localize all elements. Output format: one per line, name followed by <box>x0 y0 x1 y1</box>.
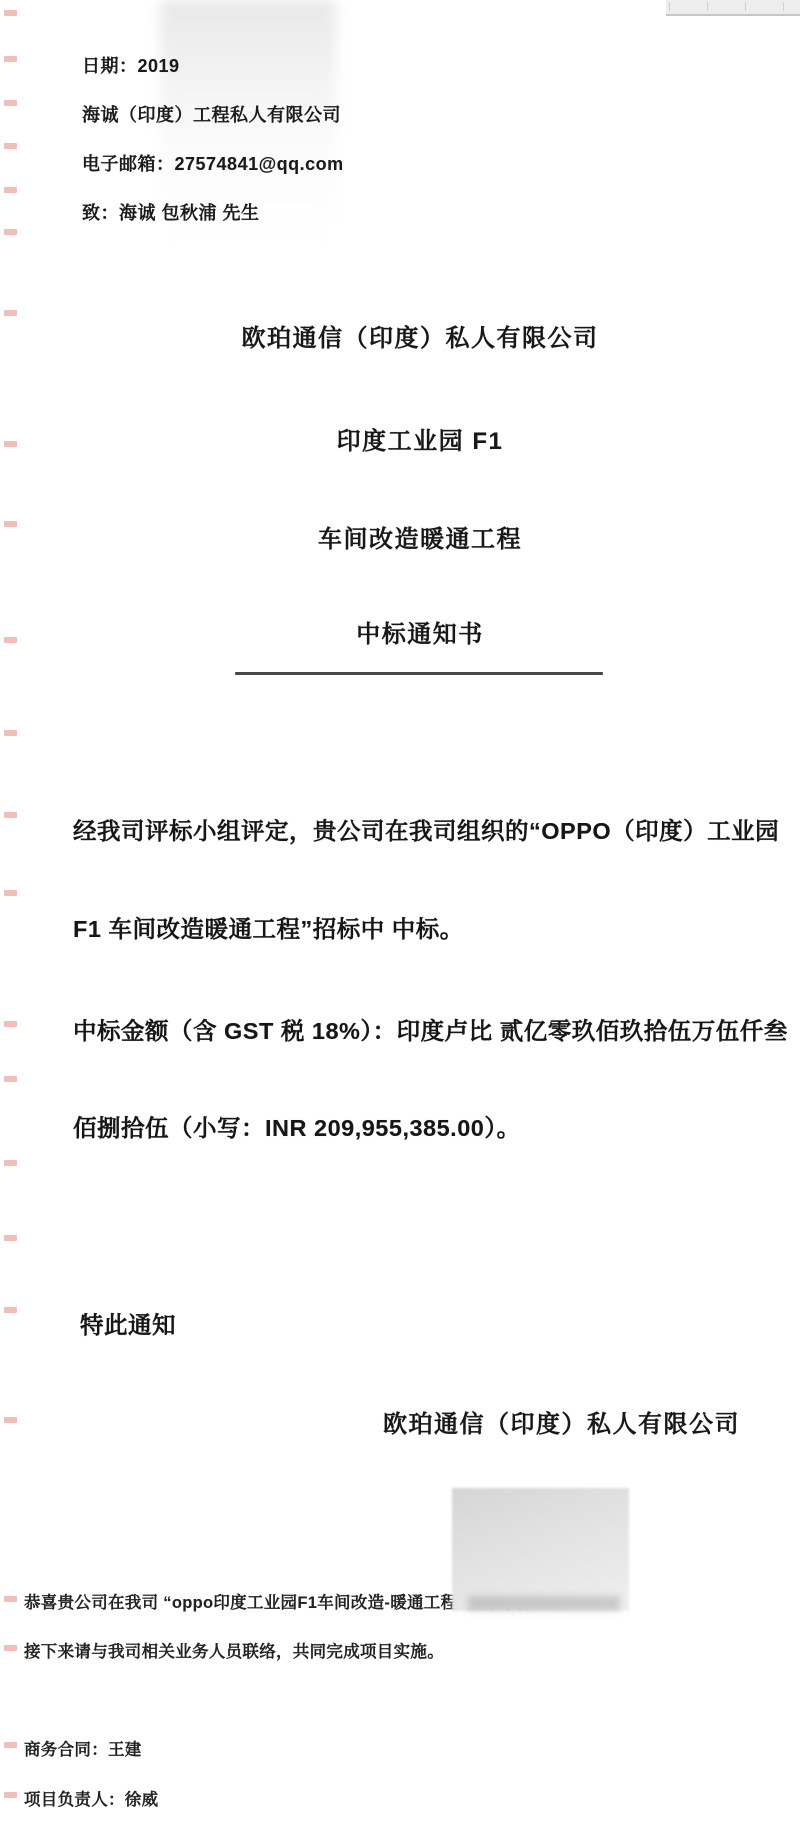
red-mark-artifact <box>4 10 17 16</box>
red-mark-artifact <box>4 1160 17 1166</box>
red-mark-artifact <box>4 812 17 818</box>
blurred-text-smudge <box>468 1596 620 1611</box>
blurred-stamp-box <box>452 1488 629 1611</box>
scanned-letter-page: 日期：2019 海诚（印度）工程私人有限公司 电子邮箱：27574841@qq.… <box>0 0 800 1822</box>
table-edge-tick <box>745 2 746 11</box>
notice-line: 特此通知 <box>80 1306 176 1340</box>
title-company: 欧珀通信（印度）私人有限公司 <box>40 318 800 353</box>
body-para1-line2: F1 车间改造暖通工程”招标中 中标。 <box>73 910 464 944</box>
follow-up-line: 接下来请与我司相关业务人员联络，共同完成项目实施。 <box>24 1638 444 1662</box>
red-mark-artifact <box>4 310 17 316</box>
red-mark-artifact <box>4 100 17 106</box>
red-mark-artifact <box>4 187 17 193</box>
red-mark-artifact <box>4 1792 17 1798</box>
email-line: 电子邮箱：27574841@qq.com <box>82 150 344 176</box>
red-mark-artifact <box>4 229 17 235</box>
red-mark-artifact <box>4 1596 17 1602</box>
red-mark-artifact <box>4 1235 17 1241</box>
title-underline <box>235 672 603 675</box>
business-contact: 商务合同：王建 <box>24 1736 142 1760</box>
project-manager: 项目负责人：徐威 <box>24 1786 158 1810</box>
signature-company: 欧珀通信（印度）私人有限公司 <box>383 1404 740 1439</box>
table-edge-tick <box>669 2 670 11</box>
red-mark-artifact <box>4 637 17 643</box>
red-mark-artifact <box>4 441 17 447</box>
recipient-line: 致：海诚 包秋浦 先生 <box>82 199 260 225</box>
red-mark-artifact <box>4 143 17 149</box>
table-edge-tick <box>707 2 708 11</box>
red-mark-artifact <box>4 1076 17 1082</box>
body-para2-line1: 中标金额（含 GST 税 18%）：印度卢比 贰亿零玖佰玖拾伍万伍仟叁 <box>73 1012 788 1046</box>
red-mark-artifact <box>4 1021 17 1027</box>
body-para1-line1: 经我司评标小组评定，贵公司在我司组织的“OPPO（印度）工业园 <box>73 812 779 846</box>
sender-company: 海诚（印度）工程私人有限公司 <box>82 101 341 127</box>
doc-title: 中标通知书 <box>40 614 800 649</box>
body-para2-line2: 佰捌拾伍（小写：INR 209,955,385.00）。 <box>73 1109 521 1143</box>
red-mark-artifact <box>4 56 17 62</box>
date-line: 日期：2019 <box>82 52 180 78</box>
red-mark-artifact <box>4 1307 17 1313</box>
table-edge-artifact <box>666 0 800 16</box>
red-mark-artifact <box>4 1742 17 1748</box>
red-mark-artifact <box>4 890 17 896</box>
red-mark-artifact <box>4 1645 17 1651</box>
title-park: 印度工业园 F1 <box>40 421 800 456</box>
title-project: 车间改造暖通工程 <box>40 519 800 554</box>
red-mark-artifact <box>4 730 17 736</box>
red-mark-artifact <box>4 521 17 527</box>
red-mark-artifact <box>4 1417 17 1423</box>
table-edge-tick <box>783 2 784 11</box>
